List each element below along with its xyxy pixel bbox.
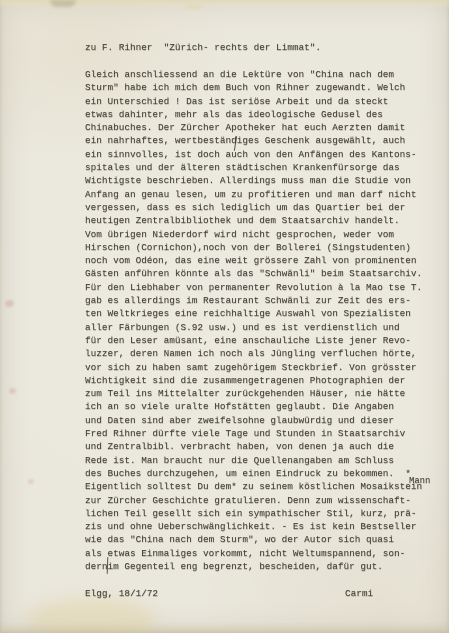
paper-speck (28, 479, 34, 484)
letter-title: zu F. Rihner "Zürich- rechts der Limmat"… (85, 41, 321, 54)
paper-speck (5, 300, 14, 307)
place-date: Elgg, 18/1/72 (85, 587, 158, 600)
paper-bottom-edge-stain (0, 622, 449, 633)
paper-speck (9, 388, 16, 394)
paper-bottom-stain (26, 598, 156, 633)
paper-top-stain (0, 0, 449, 9)
signature: Carmi (345, 587, 373, 600)
paper-speck (186, 4, 202, 9)
letter-page: zu F. Rihner "Zürich- rechts der Limmat"… (0, 0, 449, 633)
insertion-note-mann: Mann (409, 475, 430, 488)
letter-body: Gleich anschliessend an die Lektüre von … (85, 68, 422, 573)
paper-top-smudge (50, 0, 76, 7)
